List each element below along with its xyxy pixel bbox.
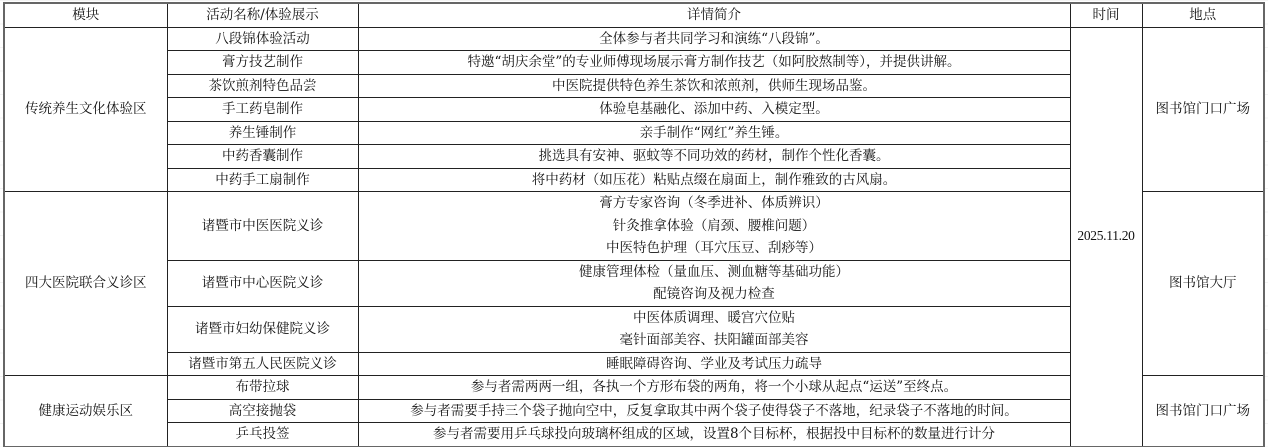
details-cell: 体验皂基融化、添加中药、入模定型。 (358, 98, 1070, 122)
details-cell: 中医院提供特色养生茶饮和浓煎剂，供师生现场品鉴。 (358, 74, 1070, 98)
date-cell: 2025.11.20 (1070, 27, 1142, 447)
details-cell: 参与者需要用乒乓球投向玻璃杯组成的区域，设置8个目标杯，根据投中目标杯的数量进行… (358, 423, 1070, 447)
activity-cell: 中药手工扇制作 (167, 168, 358, 192)
activity-cell: 诸暨市中心医院义诊 (167, 260, 358, 306)
header-activity: 活动名称/体验展示 (167, 3, 358, 27)
details-cell: 挑选具有安神、驱蚊等不同功效的药材，制作个性化香囊。 (358, 145, 1070, 169)
details-cell: 将中药材（如压花）粘贴点缀在扇面上，制作雅致的古风扇。 (358, 168, 1070, 192)
location-cell: 图书馆大厅 (1142, 192, 1264, 376)
details-cell: 亲手制作“网红”养生锤。 (358, 121, 1070, 145)
details-line: 中医体质调理、暖宫穴位贴 (361, 307, 1068, 330)
activity-cell: 养生锤制作 (167, 121, 358, 145)
details-cell: 膏方专家咨询（冬季进补、体质辨识） 针灸推拿体验（肩颈、腰椎问题） 中医特色护理… (358, 192, 1070, 261)
details-cell: 中医体质调理、暖宫穴位贴 毫针面部美容、扶阳罐面部美容 (358, 306, 1070, 352)
activity-cell: 茶饮煎剂特色品尝 (167, 74, 358, 98)
details-line: 毫针面部美容、扶阳罐面部美容 (361, 329, 1068, 352)
activity-cell: 高空接抛袋 (167, 399, 358, 423)
activity-cell: 乒乓投签 (167, 423, 358, 447)
details-line: 针灸推拿体验（肩颈、腰椎问题） (361, 215, 1068, 238)
details-line: 健康管理体检（量血压、测血糖等基础功能） (361, 261, 1068, 284)
activity-cell: 诸暨市妇幼保健院义诊 (167, 306, 358, 352)
header-details: 详情简介 (358, 3, 1070, 27)
details-line: 配镜咨询及视力检查 (361, 283, 1068, 306)
details-cell: 睡眠障碍咨询、学业及考试压力疏导 (358, 352, 1070, 376)
details-cell: 全体参与者共同学习和演练“八段锦”。 (358, 27, 1070, 51)
activity-cell: 诸暨市第五人民医院义诊 (167, 352, 358, 376)
activity-cell: 膏方技艺制作 (167, 51, 358, 75)
activity-schedule-table: 模块 活动名称/体验展示 详情简介 时间 地点 传统养生文化体验区 八段锦体验活… (3, 2, 1265, 447)
details-cell: 特邀“胡庆余堂”的专业师傅现场展示膏方制作技艺（如阿胶熬制等），并提供讲解。 (358, 51, 1070, 75)
module-cell: 传统养生文化体验区 (4, 27, 167, 192)
location-cell: 图书馆门口广场 (1142, 27, 1264, 192)
activity-cell: 中药香囊制作 (167, 145, 358, 169)
table-row: 传统养生文化体验区 八段锦体验活动 全体参与者共同学习和演练“八段锦”。 202… (4, 27, 1264, 51)
header-time: 时间 (1070, 3, 1142, 27)
module-cell: 四大医院联合义诊区 (4, 192, 167, 376)
details-cell: 参与者需要手持三个袋子抛向空中，反复拿取其中两个袋子使得袋子不落地，纪录袋子不落… (358, 399, 1070, 423)
header-module: 模块 (4, 3, 167, 27)
activity-cell: 八段锦体验活动 (167, 27, 358, 51)
details-line: 膏方专家咨询（冬季进补、体质辨识） (361, 192, 1068, 215)
details-cell: 健康管理体检（量血压、测血糖等基础功能） 配镜咨询及视力检查 (358, 260, 1070, 306)
details-cell: 参与者需两两一组，各执一个方形布袋的两角，将一个小球从起点“运送”至终点。 (358, 376, 1070, 400)
activity-cell: 诸暨市中医医院义诊 (167, 192, 358, 261)
header-row: 模块 活动名称/体验展示 详情简介 时间 地点 (4, 3, 1264, 27)
details-line: 中医特色护理（耳穴压豆、刮痧等） (361, 237, 1068, 260)
location-cell: 图书馆门口广场 (1142, 376, 1264, 447)
header-location: 地点 (1142, 3, 1264, 27)
activity-cell: 布带拉球 (167, 376, 358, 400)
module-cell: 健康运动娱乐区 (4, 376, 167, 447)
activity-cell: 手工药皂制作 (167, 98, 358, 122)
